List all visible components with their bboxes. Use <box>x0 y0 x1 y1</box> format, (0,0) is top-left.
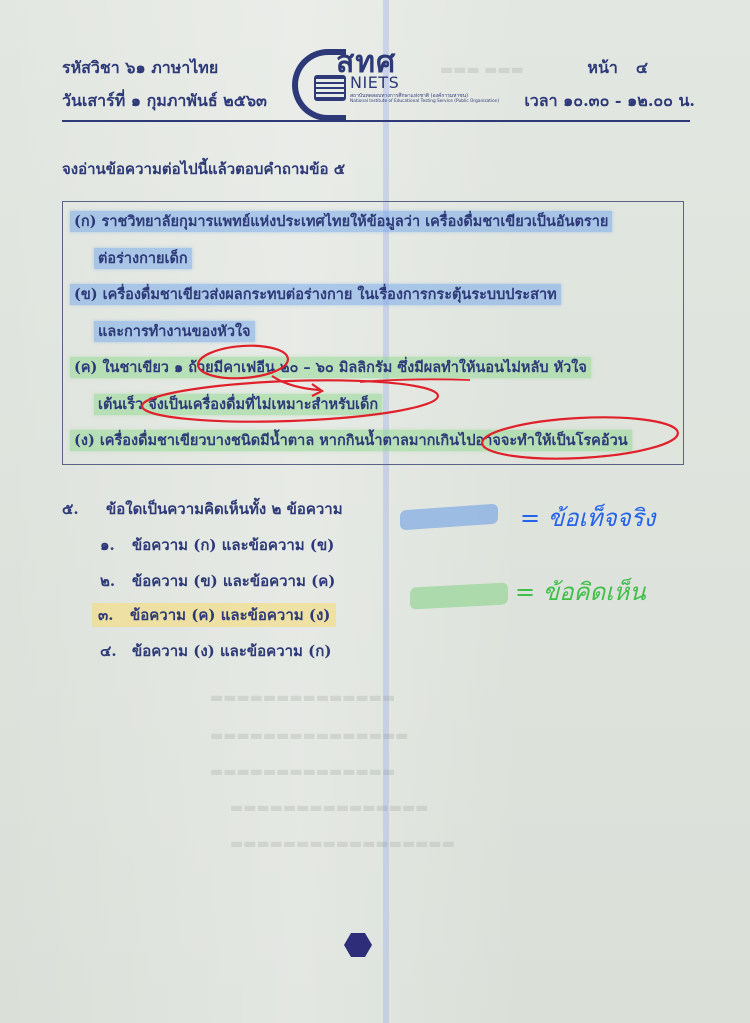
passage-b-line-2: และการทำงานของหัวใจ <box>94 320 255 343</box>
bleed-through-text: ▬▬▬▬▬▬▬▬▬▬▬▬▬▬▬ <box>210 728 408 744</box>
subject-code: รหัสวิชา ๖๑ ภาษาไทย <box>62 56 218 81</box>
passage-d-line-1: (ง) เครื่องดื่มชาเขียวบางชนิดมีน้ำตาล หา… <box>70 429 632 452</box>
header-divider <box>62 120 690 122</box>
instruction-text: จงอ่านข้อความต่อไปนี้แล้วตอบคำถามข้อ ๕ <box>62 157 345 181</box>
page-label: หน้า <box>587 58 617 77</box>
question-5: ๕.ข้อใดเป็นความคิดเห็นทั้ง ๒ ข้อความ <box>62 497 343 521</box>
legend-fact-note: = ข้อเท็จจริง <box>520 498 655 537</box>
choice-number: ๒. <box>100 569 132 593</box>
answer-highlight: ๓.ข้อความ (ค) และข้อความ (ง) <box>92 603 336 627</box>
choice-2[interactable]: ๒.ข้อความ (ข) และข้อความ (ค) <box>100 569 335 593</box>
exam-date: วันเสาร์ที่ ๑ กุมภาพันธ์ ๒๕๖๓ <box>62 89 267 114</box>
scan-artifact-stripe <box>383 0 389 1023</box>
page-indicator: หน้า๔ <box>587 56 648 81</box>
choice-text: ข้อความ (ก) และข้อความ (ข) <box>132 536 334 554</box>
choice-number: ๓. <box>98 603 130 627</box>
question-number: ๕. <box>62 497 106 521</box>
logo-abbr: NIETS <box>350 73 399 92</box>
choice-text: ข้อความ (ข) และข้อความ (ค) <box>132 572 335 590</box>
logo-org-english: National Institute of Educational Testin… <box>350 99 499 104</box>
passage-a-line-2: ต่อร่างกายเด็ก <box>94 247 192 270</box>
choice-text: ข้อความ (ง) และข้อความ (ก) <box>132 642 331 660</box>
bleed-through-text: ▬▬▬▬▬▬▬▬▬▬▬▬▬▬ <box>210 764 395 780</box>
choice-4[interactable]: ๔.ข้อความ (ง) และข้อความ (ก) <box>100 639 331 663</box>
exam-time: เวลา ๑๐.๓๐ - ๑๒.๐๐ น. <box>524 89 695 114</box>
passage-c-line-1: (ค) ในชาเขียว ๑ ถ้วยมีคาเฟอีน ๒๐ – ๖๐ มิ… <box>70 356 591 379</box>
passage-b-line-1: (ข) เครื่องดื่มชาเขียวส่งผลกระทบต่อร่างก… <box>70 283 561 306</box>
choice-number: ๔. <box>100 639 132 663</box>
choice-3-highlighted[interactable]: ๓.ข้อความ (ค) และข้อความ (ง) <box>92 603 336 627</box>
bleed-through-text: ▬▬▬▬▬▬▬▬▬▬▬▬▬▬▬▬▬ <box>230 836 455 852</box>
page-number: ๔ <box>636 58 648 77</box>
passage-a-line-1: (ก) ราชวิทยาลัยกุมารแพทย์แห่งประเทศไทยให… <box>70 210 612 233</box>
passage-c-line-2: เต้นเร็ว จึงเป็นเครื่องดื่มที่ไม่เหมาะสำ… <box>94 393 382 416</box>
choice-text: ข้อความ (ค) และข้อความ (ง) <box>130 606 330 624</box>
niets-logo: สทศ NIETS สถาบันทดสอบทางการศึกษาแห่งชาติ… <box>292 45 507 115</box>
choice-number: ๑. <box>100 533 132 557</box>
bleed-through-text: ▬▬▬▬▬▬▬▬▬▬▬▬▬▬ <box>210 690 395 706</box>
choice-1[interactable]: ๑.ข้อความ (ก) และข้อความ (ข) <box>100 533 334 557</box>
bleed-through-text: ▬▬▬▬▬▬▬▬▬▬▬▬▬▬▬ <box>230 800 428 816</box>
legend-opinion-note: = ข้อคิดเห็น <box>515 572 646 611</box>
question-text: ข้อใดเป็นความคิดเห็นทั้ง ๒ ข้อความ <box>106 500 343 518</box>
